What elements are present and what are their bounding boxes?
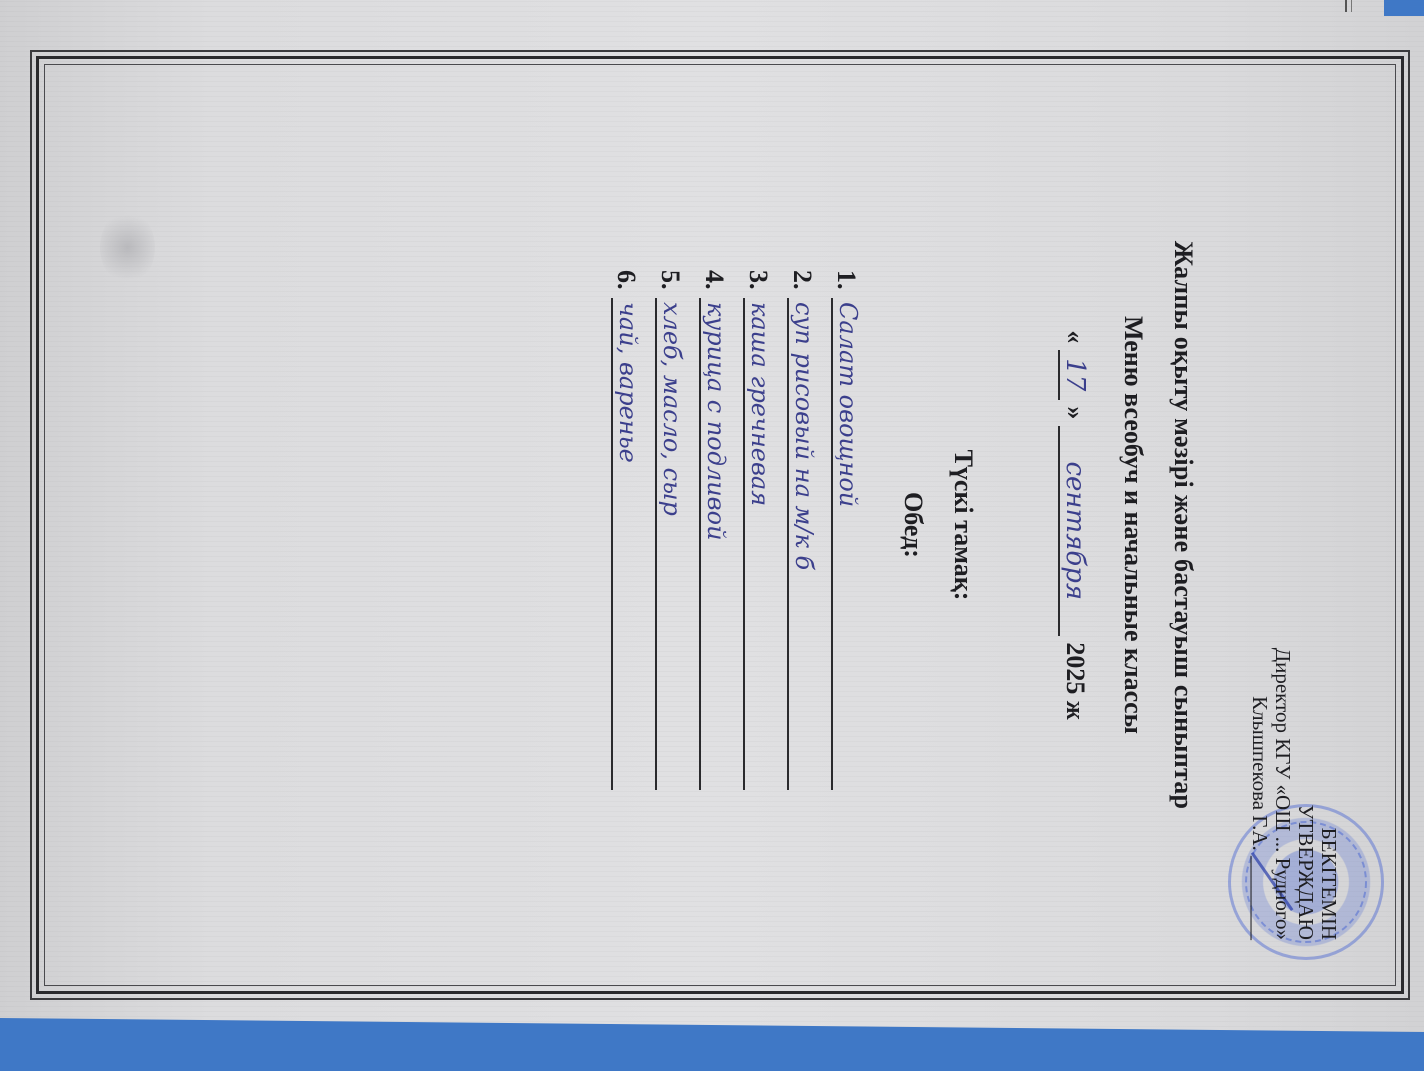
background-surface bbox=[1384, 0, 1424, 16]
approval-name: Клышпекова Г.А. ________ bbox=[1248, 648, 1271, 940]
menu-document: БЕКІТЕМІН УТВЕРЖДАЮ Директор КГУ «ОШ ...… bbox=[30, 50, 1410, 1000]
menu-item-number: 3. bbox=[743, 270, 773, 298]
menu-list: 1. Салат овощной 2. суп рисовый на м/к б… bbox=[611, 270, 875, 790]
menu-item-text: каша гречневая bbox=[743, 298, 775, 790]
menu-item-number: 1. bbox=[831, 270, 861, 298]
document-date: « 17 » сентября 2025 ж bbox=[1058, 50, 1090, 1000]
approval-block: БЕКІТЕМІН УТВЕРЖДАЮ Директор КГУ «ОШ ...… bbox=[1248, 648, 1340, 940]
date-open-quote: « bbox=[1061, 330, 1090, 343]
document-title-ru: Меню всеобуч и начальные классы bbox=[1118, 50, 1148, 1000]
date-year: 2025 ж bbox=[1061, 642, 1090, 719]
approval-label-ru: УТВЕРЖДАЮ bbox=[1294, 648, 1317, 940]
menu-item: 1. Салат овощной bbox=[831, 270, 875, 790]
date-close-quote: » bbox=[1061, 406, 1090, 419]
menu-item: 4. курица с подливой bbox=[699, 270, 743, 790]
adjacent-sheet-edge bbox=[1345, 0, 1352, 12]
menu-item: 5. хлеб, масло, сыр bbox=[655, 270, 699, 790]
approval-position: Директор КГУ «ОШ ... Рудного» bbox=[1271, 648, 1294, 940]
menu-item: 3. каша гречневая bbox=[743, 270, 787, 790]
meal-heading-kz: Түскі тамақ: bbox=[948, 50, 978, 1000]
menu-item-text: хлеб, масло, сыр bbox=[655, 298, 687, 790]
menu-item-number: 6. bbox=[611, 270, 641, 298]
approval-label-kz: БЕКІТЕМІН bbox=[1317, 648, 1340, 940]
menu-item-text: чай, варенье bbox=[611, 298, 643, 790]
date-day: 17 bbox=[1058, 350, 1090, 400]
menu-item: 6. чай, варенье bbox=[611, 270, 655, 790]
menu-item-number: 4. bbox=[699, 270, 729, 298]
document-title-kz: Жалпы оқыту мәзірі және бастауыш сыныпта… bbox=[1168, 50, 1198, 1000]
menu-item-text: суп рисовый на м/к б bbox=[787, 298, 819, 790]
menu-item-text: курица с подливой bbox=[699, 298, 731, 790]
date-month: сентября bbox=[1058, 426, 1090, 636]
menu-item-text: Салат овощной bbox=[831, 298, 863, 790]
menu-item-number: 5. bbox=[655, 270, 685, 298]
menu-item-number: 2. bbox=[787, 270, 817, 298]
menu-item: 2. суп рисовый на м/к б bbox=[787, 270, 831, 790]
meal-heading-ru: Обед: bbox=[898, 50, 928, 1000]
